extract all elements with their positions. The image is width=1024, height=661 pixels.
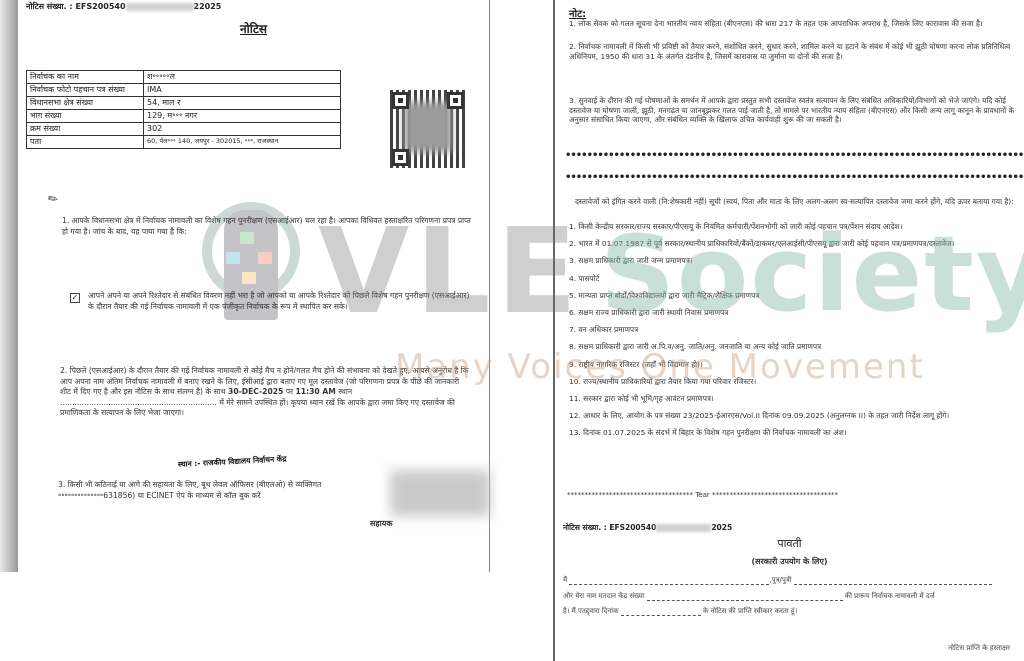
document-list-item: 12. आधार के लिए, आयोग के पत्र संख्या 23/… (569, 411, 1024, 421)
hearing-time: 11:30 AM (296, 387, 336, 396)
note-1: 1. लोक सेवक को गलत सूचना देना भारतीय न्य… (569, 19, 1024, 29)
ack-line-2: और मेरा नाम मतदान केंद्र संख्या की प्रार… (563, 592, 1018, 601)
document-list-item: 8. सक्षम प्राधिकारी द्वारा जारी अ.पि.व/अ… (569, 342, 1024, 352)
notice-number-label: नोटिस संख्या. : (26, 2, 73, 11)
redacted-signature-block (390, 470, 490, 516)
signature-label: नोटिस प्राप्ति के हस्ताक्षर (948, 644, 1010, 653)
info-value: IMA (144, 84, 341, 97)
info-label: विधानसभा क्षेत्र संख्या (27, 97, 144, 110)
document-list-item: 13. दिनांक 01.07.2025 के संदर्भ में बिहा… (569, 428, 1024, 438)
notice-title: नोटिस (18, 20, 489, 37)
paragraph-3: 3. किसी भी कठिनाई या आगे की सहायता के लि… (58, 480, 388, 501)
notice-number-prefix: EFS200540 (75, 2, 125, 11)
ack-line-2-end: की प्रारूप निर्वाचक नामावली में दर्ज (845, 592, 935, 600)
pencil-icon: ✎ (45, 190, 61, 207)
tear-line: ************************************ Tea… (567, 491, 1022, 499)
dotted-separator: ••••••••••••••••••••••••••••••••••••••••… (565, 172, 1024, 183)
redacted-block (656, 524, 711, 532)
qr-finder-pattern (447, 92, 464, 109)
ack-line-1-start: मैं (563, 576, 567, 584)
qr-finder-pattern (392, 149, 409, 166)
ack-notice-number-prefix: EFS200540 (609, 523, 656, 532)
info-table-row: निर्वाचक का नामश॰॰॰॰॰ल (27, 71, 341, 84)
date-blank-field[interactable] (621, 608, 701, 616)
documents-list: 1. किसी केन्द्रीय सरकार/राज्य सरकार/पीएस… (569, 222, 1024, 445)
paragraph-2: 2. पिछले (एसआईआर) के दौरान तैयार की गई न… (60, 366, 470, 419)
dotted-separator: ••••••••••••••••••••••••••••••••••••••••… (565, 150, 1024, 161)
info-value: 54, माल र (144, 97, 341, 110)
ack-line-3: है। मैं एतद्द्वारा दिनांक के नोटिस की प्… (563, 607, 1018, 616)
document-list-item: 7. वन अधिकार प्रमाणपत्र (569, 325, 1024, 335)
info-label: क्रम संख्या (27, 123, 144, 136)
ack-notice-number-suffix: 2025 (711, 523, 732, 532)
info-value: 129, म॰॰॰ नगर (144, 110, 341, 123)
info-label: निर्वाचक फोटो पहचान पत्र संख्या (27, 84, 144, 97)
finding-checkbox-text: आपने अपने या अपने रिश्तेदार से संबंधित व… (88, 291, 470, 312)
redacted-block (126, 3, 194, 11)
info-value: 302 (144, 123, 341, 136)
name-blank-field[interactable] (569, 577, 769, 585)
info-table-row: क्रम संख्या302 (27, 123, 341, 136)
notice-number-suffix: 22025 (194, 2, 222, 11)
acknowledgement-title: पावती (555, 536, 1024, 551)
document-list-item: 10. राज्य/स्थानीय प्राधिकारियों द्वारा त… (569, 377, 1024, 387)
acknowledgement-subtitle: (सरकारी उपयोग के लिए) (555, 556, 1024, 567)
info-label: निर्वाचक का नाम (27, 71, 144, 84)
note-3: 3. सुनवाई के दौरान की गई घोषणाओं के समर्… (569, 96, 1024, 125)
document-list-item: 6. सक्षम राज्य प्राधिकारी द्वारा जारी स्… (569, 308, 1024, 318)
ack-line-3-end: के नोटिस की प्राप्ति स्वीकार करता हूं। (703, 607, 797, 615)
ack-line-2-start: और मेरा नाम मतदान केंद्र संख्या (563, 592, 644, 600)
note-title: नोट: (569, 6, 586, 20)
notice-page-back: नोट: 1. लोक सेवक को गलत सूचना देना भारती… (553, 0, 1024, 661)
paragraph-1: 1. आपके विधानसभा क्षेत्र में निर्वाचक ना… (62, 216, 472, 237)
qr-code-icon (390, 90, 466, 168)
notice-page-front: नोटिस संख्या. : EFS20054022025 नोटिस निर… (18, 0, 490, 572)
documents-intro: दस्तावेजों को इंगित करने वाली (नि:शेषकार… (575, 197, 1020, 207)
document-list-item: 5. मान्यता प्राप्त बोर्डों/विश्वविद्यालय… (569, 291, 1024, 301)
paragraph-2-connector: पर (283, 387, 295, 396)
info-table-row: भाग संख्या129, म॰॰॰ नगर (27, 110, 341, 123)
page-edge-shadow (0, 0, 18, 572)
notice-number: नोटिस संख्या. : EFS20054022025 (26, 1, 221, 12)
ack-line-1-mid: ,पुत्र/पुत्री (769, 576, 791, 584)
officer-signature: सहायक (370, 518, 393, 529)
ack-notice-number-label: नोटिस संख्या. : (563, 523, 607, 532)
info-table-row: विधानसभा क्षेत्र संख्या54, माल र (27, 97, 341, 110)
document-list-item: 2. भारत में 01.07.1987 से पूर्व सरकार/स्… (569, 239, 1024, 249)
document-list-item: 1. किसी केन्द्रीय सरकार/राज्य सरकार/पीएस… (569, 222, 1024, 232)
info-value: श॰॰॰॰॰ल (144, 71, 341, 84)
info-label: पता (27, 136, 144, 149)
hearing-date: 30-DEC-2025 (228, 387, 283, 396)
info-value: 60, पॅल॰॰॰ 140, जयपुर - 302015, ॰॰॰, राज… (144, 136, 341, 149)
polling-station-blank-field[interactable] (647, 593, 843, 601)
location-stamp: स्थान :- राजकीय विद्यालय निर्वाचन केंद्र (178, 454, 287, 470)
info-table-row: निर्वाचक फोटो पहचान पत्र संख्याIMA (27, 84, 341, 97)
document-list-item: 4. पासपोर्ट (569, 274, 1024, 284)
document-list-item: 3. सक्षम प्राधिकारी द्वारा जारी जन्म प्र… (569, 256, 1024, 266)
ack-line-1: मैं ,पुत्र/पुत्री (563, 576, 1018, 585)
ack-line-3-start: है। मैं एतद्द्वारा दिनांक (563, 607, 618, 615)
info-label: भाग संख्या (27, 110, 144, 123)
finding-checkbox[interactable]: ✓ (70, 293, 80, 303)
elector-info-table: निर्वाचक का नामश॰॰॰॰॰लनिर्वाचक फोटो पहचा… (26, 70, 341, 149)
document-list-item: 11. सरकार द्वारा कोई भी भूमि/गृह आवंटन प… (569, 394, 1024, 404)
ack-notice-number: नोटिस संख्या. : EFS2005402025 (563, 523, 732, 533)
parent-name-blank-field[interactable] (794, 577, 992, 585)
finding-checkbox-row: ✓ आपने अपने या अपने रिश्तेदार से संबंधित… (70, 291, 470, 312)
info-table-row: पता60, पॅल॰॰॰ 140, जयपुर - 302015, ॰॰॰, … (27, 136, 341, 149)
document-list-item: 9. राष्ट्रीय नागरिक रजिस्टर (जहाँ भी विद… (569, 360, 1024, 370)
qr-finder-pattern (392, 92, 409, 109)
note-2: 2. निर्वाचक नामावली में किसी भी प्रविष्ट… (569, 42, 1024, 61)
